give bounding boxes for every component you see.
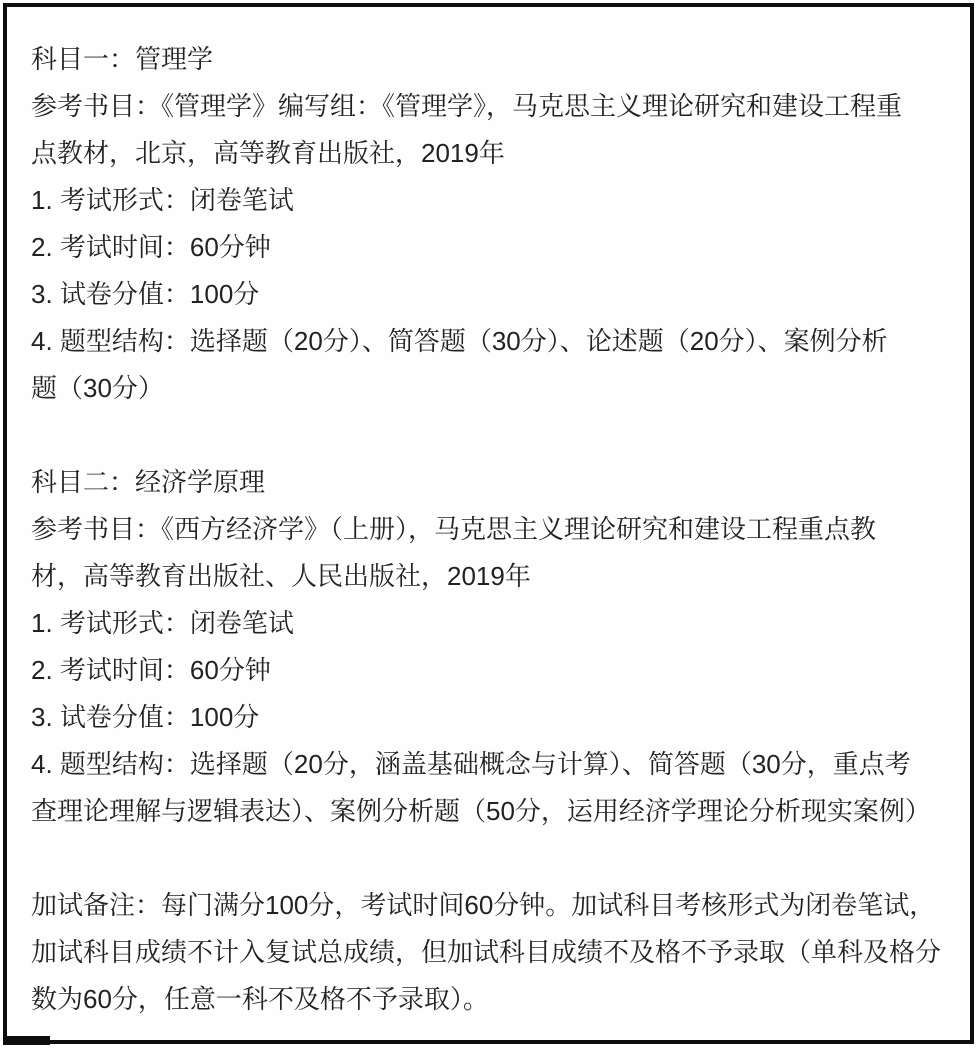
text-line: 科目二：经济学原理 bbox=[31, 459, 948, 506]
text-line: 加试科目成绩不计入复试总成绩，但加试科目成绩不及格不予录取（单科及格分 bbox=[31, 929, 948, 976]
section-subject-1: 科目一：管理学参考书目：《管理学》编写组：《管理学》，马克思主义理论研究和建设工… bbox=[31, 36, 948, 412]
text-line: 3. 试卷分值：100分 bbox=[31, 271, 948, 318]
text-line: 1. 考试形式：闭卷笔试 bbox=[31, 177, 948, 224]
text-line: 4. 题型结构：选择题（20分，涵盖基础概念与计算）、简答题（30分，重点考 bbox=[31, 741, 948, 788]
text-line: 加试备注：每门满分100分，考试时间60分钟。加试科目考核形式为闭卷笔试， bbox=[31, 882, 948, 929]
text-line: 数为60分，任意一科不及格不予录取）。 bbox=[31, 976, 948, 1023]
text-line: 2. 考试时间：60分钟 bbox=[31, 224, 948, 271]
section-extra-test-note: 加试备注：每门满分100分，考试时间60分钟。加试科目考核形式为闭卷笔试，加试科… bbox=[31, 882, 948, 1023]
text-line: 参考书目：《西方经济学》（上册），马克思主义理论研究和建设工程重点教 bbox=[31, 506, 948, 553]
bottom-left-border-tick bbox=[3, 1036, 50, 1045]
document-content: 科目一：管理学参考书目：《管理学》编写组：《管理学》，马克思主义理论研究和建设工… bbox=[7, 7, 970, 1023]
text-line: 参考书目：《管理学》编写组：《管理学》，马克思主义理论研究和建设工程重 bbox=[31, 83, 948, 130]
text-line: 点教材，北京，高等教育出版社，2019年 bbox=[31, 130, 948, 177]
text-line: 3. 试卷分值：100分 bbox=[31, 694, 948, 741]
text-line: 2. 考试时间：60分钟 bbox=[31, 647, 948, 694]
text-line: 4. 题型结构：选择题（20分）、简答题（30分）、论述题（20分）、案例分析 bbox=[31, 318, 948, 365]
document-border-frame: 科目一：管理学参考书目：《管理学》编写组：《管理学》，马克思主义理论研究和建设工… bbox=[3, 3, 974, 1044]
text-line: 材，高等教育出版社、人民出版社，2019年 bbox=[31, 553, 948, 600]
text-line: 1. 考试形式：闭卷笔试 bbox=[31, 600, 948, 647]
text-line: 题（30分） bbox=[31, 365, 948, 412]
section-subject-2: 科目二：经济学原理参考书目：《西方经济学》（上册），马克思主义理论研究和建设工程… bbox=[31, 459, 948, 835]
text-line: 科目一：管理学 bbox=[31, 36, 948, 83]
text-line: 查理论理解与逻辑表达）、案例分析题（50分，运用经济学理论分析现实案例） bbox=[31, 788, 948, 835]
